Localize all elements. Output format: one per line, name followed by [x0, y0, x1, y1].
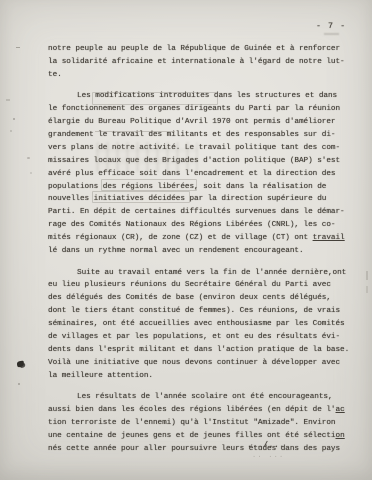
margin-speck: [6, 99, 10, 101]
margin-speck: [10, 130, 12, 132]
text-line: la meilleure attention.: [48, 370, 360, 383]
text-line: mités régionaux (CR), de zone (CZ) et de…: [48, 232, 360, 245]
text-line: élargie du Bureau Politique d'Avril 1970…: [48, 116, 360, 129]
margin-speck: [13, 118, 15, 120]
text-line: nés cette année pour aller poursuivre le…: [48, 443, 360, 456]
pencil-annotation-box-3: [92, 191, 190, 203]
page-number: - 7 -: [316, 21, 346, 31]
paragraph: Les modifications introduites dans les s…: [48, 90, 360, 258]
text-line: de villages et par les populations, et o…: [48, 331, 360, 344]
paragraph: Suite au travail entamé vers la fin de l…: [48, 267, 360, 383]
pencil-annotation-box-2: [101, 179, 197, 191]
scanned-document-page: - 7 - notre peuple au peuple de la Répub…: [0, 0, 372, 480]
pencil-annotation-box-1: [92, 92, 218, 105]
text-line: rage des Comités Nationaux des Régions L…: [48, 219, 360, 232]
paragraph: notre peuple au peuple de la République …: [48, 43, 360, 82]
edge-mark: [366, 286, 368, 293]
text-line: eu lieu plusieurs réunions du Secrétaire…: [48, 279, 360, 292]
text-line: une centaine de jeunes gens et de jeunes…: [48, 430, 360, 443]
continuation-mark: .../...: [247, 441, 285, 450]
margin-speck: [27, 157, 30, 159]
body-text: notre peuple au peuple de la République …: [48, 43, 360, 464]
text-line: Les résultats de l'année scolaire ont ét…: [48, 391, 360, 404]
margin-speck: [16, 47, 20, 48]
page-number-smudge: [324, 33, 339, 35]
text-line: dents dans l'esprit militant et dans l'a…: [48, 344, 360, 357]
paragraph: Les résultats de l'année scolaire ont ét…: [48, 391, 360, 456]
text-line: vers plans de notre activité. Le travail…: [48, 142, 360, 155]
pencil-underline-mark: [95, 131, 175, 132]
text-line: des délégués des Comités de base (enviro…: [48, 292, 360, 305]
text-line: le fonctionnement des organes dirigeants…: [48, 103, 360, 116]
margin-speck: [30, 172, 32, 174]
faint-stamp: [96, 142, 198, 172]
text-line: Suite au travail entamé vers la fin de l…: [48, 267, 360, 280]
margin-speck: [18, 383, 20, 385]
ink-blot: [17, 361, 25, 368]
text-line: tion terroriste de l'ennemi) qu'à l'Inst…: [48, 417, 360, 430]
text-line: Voilà une initiative que nous devons con…: [48, 357, 360, 370]
text-line: séminaires, ont été accueillies avec ent…: [48, 318, 360, 331]
text-line: missaires locaux que des Brigades d'acti…: [48, 155, 360, 168]
text-line: la solidarité africaine et international…: [48, 56, 360, 69]
text-line: dont le tiers étant constitué de femmes)…: [48, 305, 360, 318]
ghost-press-through-mark: .. ...: [252, 452, 284, 460]
text-line: aussi bien dans les écoles des régions l…: [48, 404, 360, 417]
text-line: lé dans un rythme normal avec un rendeme…: [48, 245, 360, 258]
text-line: Parti. En dépit de certaines difficultés…: [48, 206, 360, 219]
text-line: avéré plus efficace soit dans l'encadrem…: [48, 168, 360, 181]
edge-mark: [366, 271, 368, 280]
text-line: notre peuple au peuple de la République …: [48, 43, 360, 56]
text-line: te.: [48, 69, 360, 82]
